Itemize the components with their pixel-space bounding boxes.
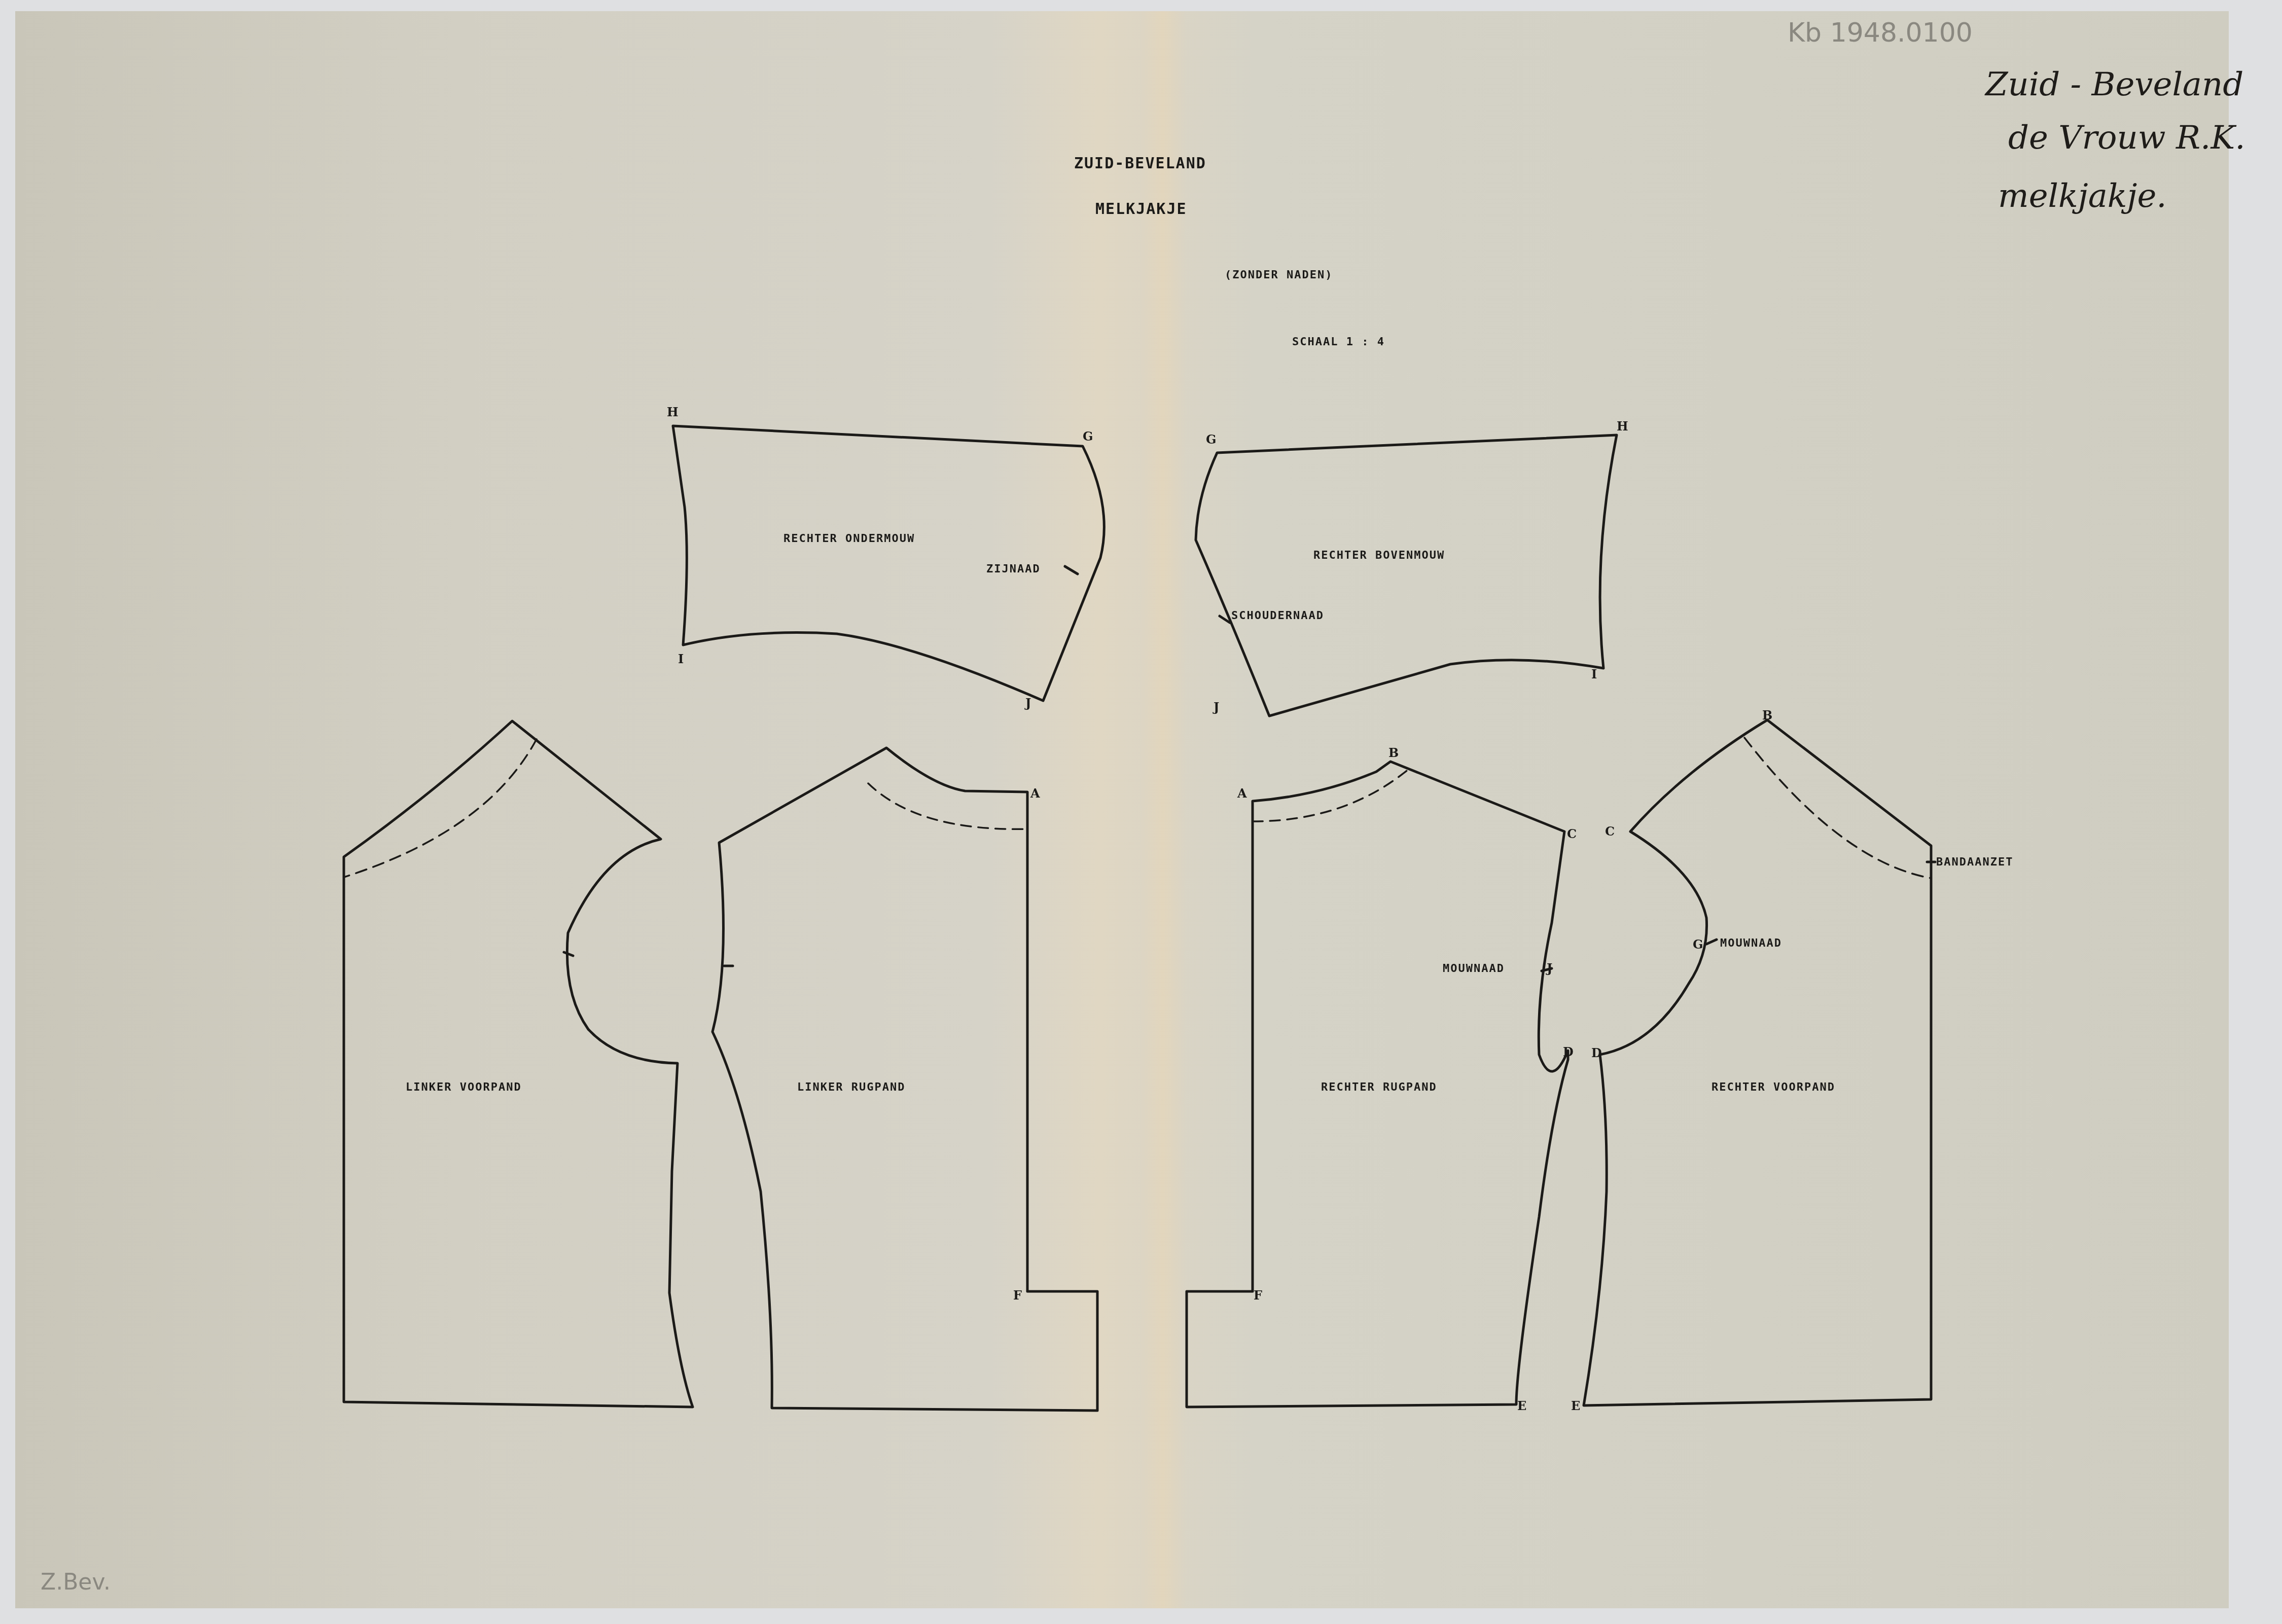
- handwritten-region: Zuid - Beveland: [1985, 66, 2243, 103]
- point-label: J: [1025, 696, 1032, 710]
- handwritten-owner: de Vrouw R.K.: [2008, 119, 2245, 157]
- point-label: H: [667, 405, 680, 419]
- zijnaad-notch: [1065, 566, 1078, 574]
- sleeve-upper-seam-label: SCHOUDERNAAD: [1231, 609, 1324, 622]
- right-back-seam-label: MOUWNAAD: [1443, 962, 1505, 975]
- sleeve-under-seam-label: ZIJNAAD: [986, 563, 1041, 575]
- right-front-band-line: [1744, 738, 1931, 878]
- header-garment: MELKJAKJE: [1095, 200, 1187, 218]
- right-front-band-label: BANDAANZET: [1936, 856, 2013, 869]
- point-label: I: [1591, 667, 1598, 681]
- right-front-label: RECHTER VOORPAND: [1711, 1081, 1835, 1094]
- point-label: H: [1617, 419, 1629, 434]
- right-back-label: RECHTER RUGPAND: [1321, 1081, 1437, 1094]
- point-label: A: [1237, 786, 1248, 801]
- point-label: G: [1083, 429, 1094, 444]
- header-note: (ZONDER NADEN): [1225, 269, 1333, 281]
- right-front-seam-label: MOUWNAAD: [1720, 937, 1782, 950]
- left-back-neck-line: [868, 783, 1027, 829]
- point-label: E: [1571, 1398, 1581, 1413]
- left-front-label: LINKER VOORPAND: [406, 1081, 522, 1094]
- point-label: F: [1013, 1288, 1023, 1303]
- right-back-neck-line: [1253, 771, 1407, 821]
- point-label: I: [678, 652, 685, 666]
- left-front-outline: [344, 721, 693, 1407]
- point-label: E: [1517, 1398, 1527, 1413]
- handwritten-garment: melkjakje.: [1998, 177, 2167, 215]
- point-label: F: [1254, 1288, 1263, 1303]
- point-label: C: [1605, 824, 1616, 839]
- point-label: D: [1563, 1044, 1575, 1059]
- pattern-drawing: [0, 0, 2282, 1624]
- point-label: G: [1206, 432, 1218, 447]
- right-front-outline: [1584, 720, 1931, 1405]
- left-front-notch: [564, 952, 573, 956]
- header-region: ZUID-BEVELAND: [1074, 155, 1206, 172]
- left-back-label: LINKER RUGPAND: [797, 1081, 905, 1094]
- sleeve-upper-label: RECHTER BOVENMOUW: [1313, 549, 1445, 562]
- sleeve-under-label: RECHTER ONDERMOUW: [783, 532, 915, 545]
- point-label: A: [1030, 786, 1041, 801]
- right-front-mouwnaad-notch: [1706, 940, 1717, 944]
- left-back-outline: [712, 748, 1097, 1411]
- left-front-band-line: [344, 739, 537, 877]
- point-label: B: [1388, 745, 1400, 760]
- point-label: D: [1591, 1045, 1603, 1060]
- point-label: G: [1693, 937, 1704, 952]
- point-label: J: [1547, 961, 1553, 976]
- inventory-number: Kb 1948.0100: [1788, 18, 1973, 48]
- point-label: J: [1214, 700, 1220, 714]
- header-scale: SCHAAL 1 : 4: [1292, 336, 1385, 348]
- point-label: C: [1567, 826, 1578, 841]
- sleeve-upper-outline: [1196, 435, 1617, 716]
- corner-note: Z.Bev.: [41, 1569, 111, 1595]
- point-label: B: [1762, 708, 1773, 723]
